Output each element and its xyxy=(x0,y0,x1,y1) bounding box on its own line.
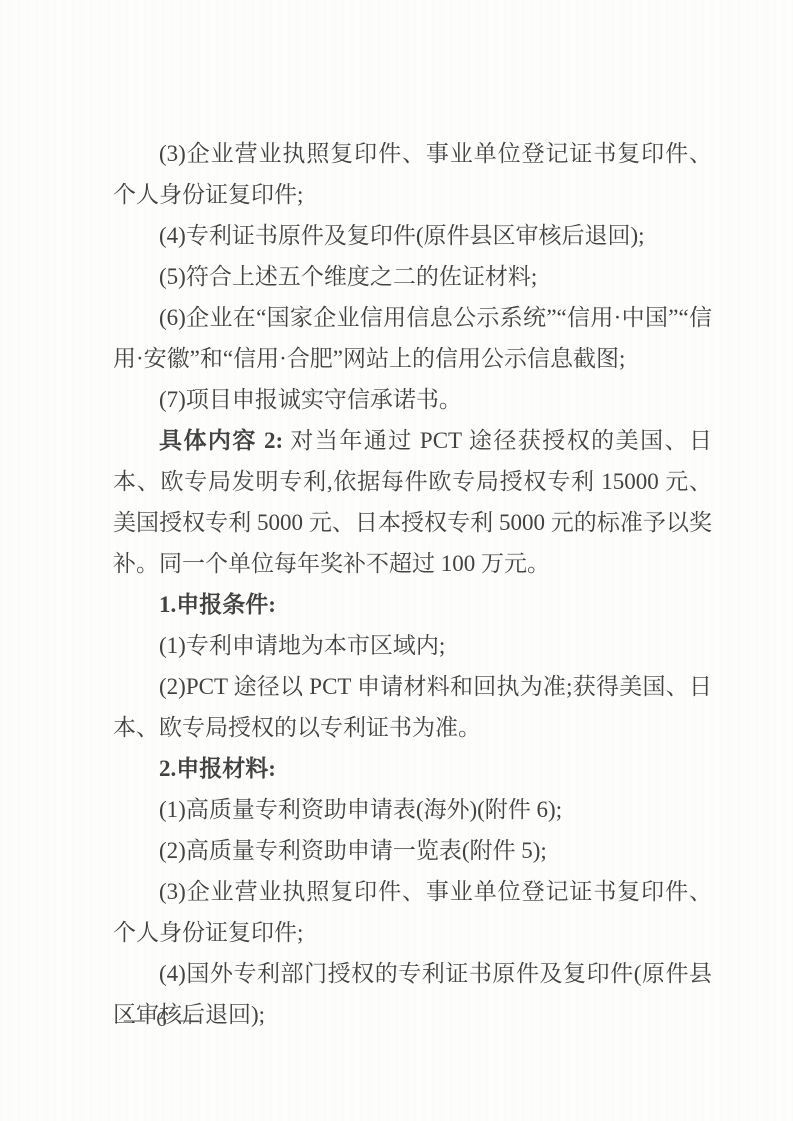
scanned-document-page: (3)企业营业执照复印件、事业单位登记证书复印件、个人身份证复印件; (4)专利… xyxy=(0,0,793,1121)
paragraph-lead: 具体内容 2: xyxy=(159,428,283,453)
heading-application-conditions: 1.申报条件: xyxy=(113,584,712,625)
paragraph-material-4: (4)国外专利部门授权的专利证书原件及复印件(原件县区审核后退回); xyxy=(113,953,712,1035)
paragraph-condition-2: (2)PCT 途径以 PCT 申请材料和回执为准;获得美国、日本、欧专局授权的以… xyxy=(113,666,712,748)
paragraph-material-2: (2)高质量专利资助申请一览表(附件 5); xyxy=(113,830,712,871)
paragraph-item-5-evidence: (5)符合上述五个维度之二的佐证材料; xyxy=(113,256,712,297)
heading-application-materials: 2.申报材料: xyxy=(113,748,712,789)
paragraph-condition-1: (1)专利申请地为本市区域内; xyxy=(113,625,712,666)
paragraph-text: (4)国外专利部门授权的专利证书原件及复印件(原件县区审核后退回); xyxy=(113,961,712,1027)
paragraph-text: (5)符合上述五个维度之二的佐证材料; xyxy=(159,264,537,289)
paragraph-text: (3)企业营业执照复印件、事业单位登记证书复印件、个人身份证复印件; xyxy=(113,879,712,945)
paragraph-lead: 2.申报材料: xyxy=(159,756,276,781)
paragraph-text: (2)PCT 途径以 PCT 申请材料和回执为准;获得美国、日本、欧专局授权的以… xyxy=(113,674,712,740)
paragraph-text: (1)高质量专利资助申请表(海外)(附件 6); xyxy=(159,797,562,822)
paragraph-item-6-credit-screenshot: (6)企业在“国家企业信用信息公示系统”“信用·中国”“信用·安徽”和“信用·合… xyxy=(113,297,712,379)
paragraph-text: (3)企业营业执照复印件、事业单位登记证书复印件、个人身份证复印件; xyxy=(113,141,712,207)
page-number: — 6 — xyxy=(124,1004,202,1034)
paragraph-text: (1)专利申请地为本市区域内; xyxy=(159,633,445,658)
paragraph-item-4-patent-cert: (4)专利证书原件及复印件(原件县区审核后退回); xyxy=(113,215,712,256)
paragraph-material-1: (1)高质量专利资助申请表(海外)(附件 6); xyxy=(113,789,712,830)
paragraph-specific-content-2: 具体内容 2: 对当年通过 PCT 途径获授权的美国、日本、欧专局发明专利,依据… xyxy=(113,420,712,584)
paragraph-text: (4)专利证书原件及复印件(原件县区审核后退回); xyxy=(159,223,645,248)
document-body: (3)企业营业执照复印件、事业单位登记证书复印件、个人身份证复印件; (4)专利… xyxy=(113,133,712,1035)
paragraph-text: (7)项目申报诚实守信承诺书。 xyxy=(159,387,462,412)
paragraph-lead: 1.申报条件: xyxy=(159,592,276,617)
paragraph-text: (6)企业在“国家企业信用信息公示系统”“信用·中国”“信用·安徽”和“信用·合… xyxy=(113,305,712,371)
paragraph-item-7-integrity-letter: (7)项目申报诚实守信承诺书。 xyxy=(113,379,712,420)
paragraph-item-3-copies: (3)企业营业执照复印件、事业单位登记证书复印件、个人身份证复印件; xyxy=(113,133,712,215)
paragraph-material-3: (3)企业营业执照复印件、事业单位登记证书复印件、个人身份证复印件; xyxy=(113,871,712,953)
paragraph-text: (2)高质量专利资助申请一览表(附件 5); xyxy=(159,838,547,863)
